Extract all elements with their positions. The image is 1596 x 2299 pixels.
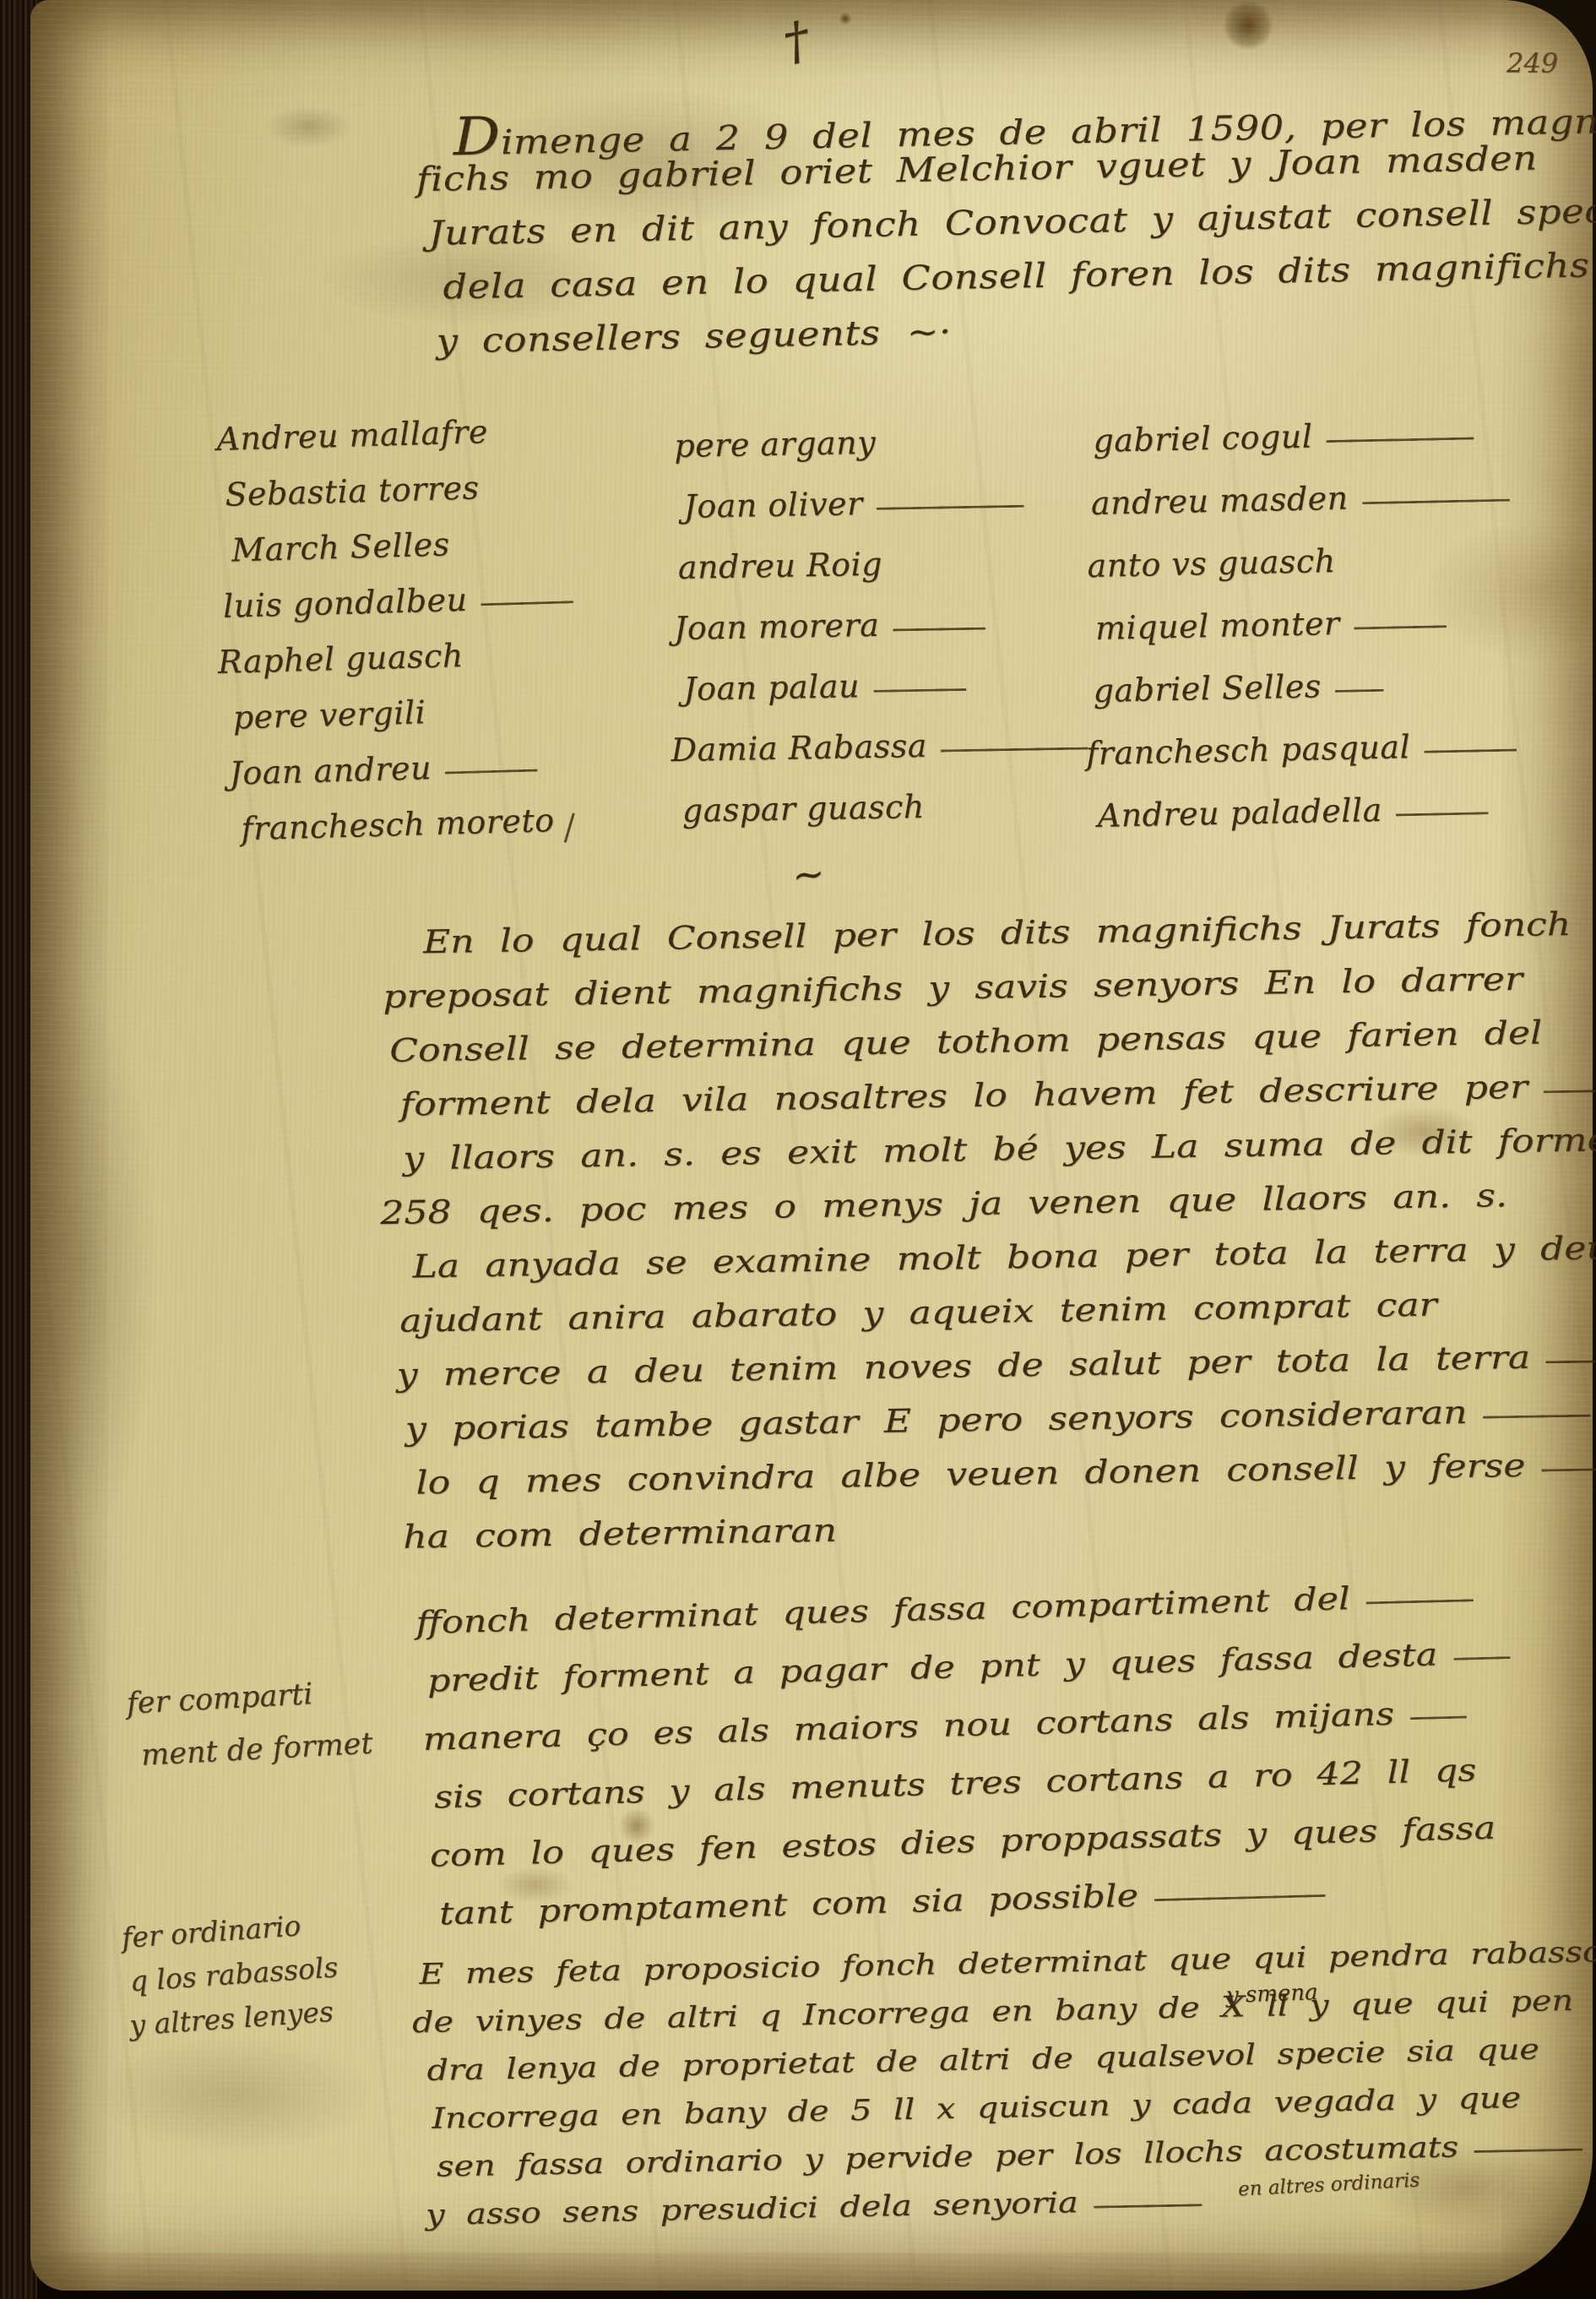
cross-mark: † <box>778 10 815 73</box>
council-name: pere vergili <box>232 689 578 754</box>
council-name: Joan morera <box>674 603 1088 671</box>
council-name: franchesch pasqual <box>1086 726 1517 797</box>
council-name: miquel monter <box>1095 601 1515 672</box>
council-name: luis gondalbeu <box>223 578 575 644</box>
council-column-3: gabriel cogul andreu masden anto vs guas… <box>1089 414 1519 860</box>
council-name: andreu Roig <box>678 542 1087 610</box>
council-name: gabriel Selles <box>1093 664 1516 735</box>
heading-flourish: ~· <box>906 313 952 352</box>
council-name: anto vs guasch <box>1087 539 1513 611</box>
folio-number: 249 <box>1506 47 1558 79</box>
council-name: Joan andreu <box>229 745 579 811</box>
record-heading: Dimenge a 2 9 del mes de abril 1590, per… <box>421 81 1596 377</box>
council-name: andreu masden <box>1091 476 1512 547</box>
margin-note-line: ment de formet <box>140 1726 374 1791</box>
council-name: Damia Rabassa <box>670 724 1089 792</box>
council-name: pere argany <box>674 421 1084 488</box>
resolution-forment-paragraph: ffonch determinat ques fassa compartimen… <box>415 1576 1517 1954</box>
council-name: Sebastia torres <box>225 466 572 531</box>
manuscript-photo: † 249 Dimenge a 2 9 del mes de abril 159… <box>0 0 1596 2299</box>
council-name: Raphel guasch <box>217 633 576 699</box>
council-name: gaspar guasch <box>682 785 1091 852</box>
council-column-1: Andreu mallafre Sebastia torres March Se… <box>216 410 581 866</box>
council-name: Joan oliver <box>683 481 1085 549</box>
council-name: gabriel cogul <box>1093 414 1511 485</box>
margin-note-ordinacio: fer ordinario q los rabassols y altres l… <box>121 1906 343 2052</box>
resolution-ordinacio-paragraph: E mes feta proposicio fonch determinat q… <box>419 1934 1596 2246</box>
names-flourish: ~ <box>790 850 827 899</box>
margin-note-forment: fer comparti ment de formet <box>126 1675 375 1792</box>
interlinear-addition: y smena <box>1226 1980 1319 2008</box>
council-column-2: pere argany Joan oliver andreu Roig Joan… <box>674 421 1090 853</box>
council-name: Joan palau <box>683 664 1088 731</box>
deliberation-paragraph: En lo qual Consell per los dits magnific… <box>382 903 1596 1573</box>
manuscript-page: † 249 Dimenge a 2 9 del mes de abril 159… <box>30 0 1593 2291</box>
council-name: Andreu paladella <box>1097 788 1518 859</box>
heading-line-text: y consellers seguents <box>436 314 881 361</box>
council-name: Andreu mallafre <box>216 410 570 476</box>
council-name: March Selles <box>231 522 573 587</box>
council-name: franchesch moreto <box>241 801 581 866</box>
